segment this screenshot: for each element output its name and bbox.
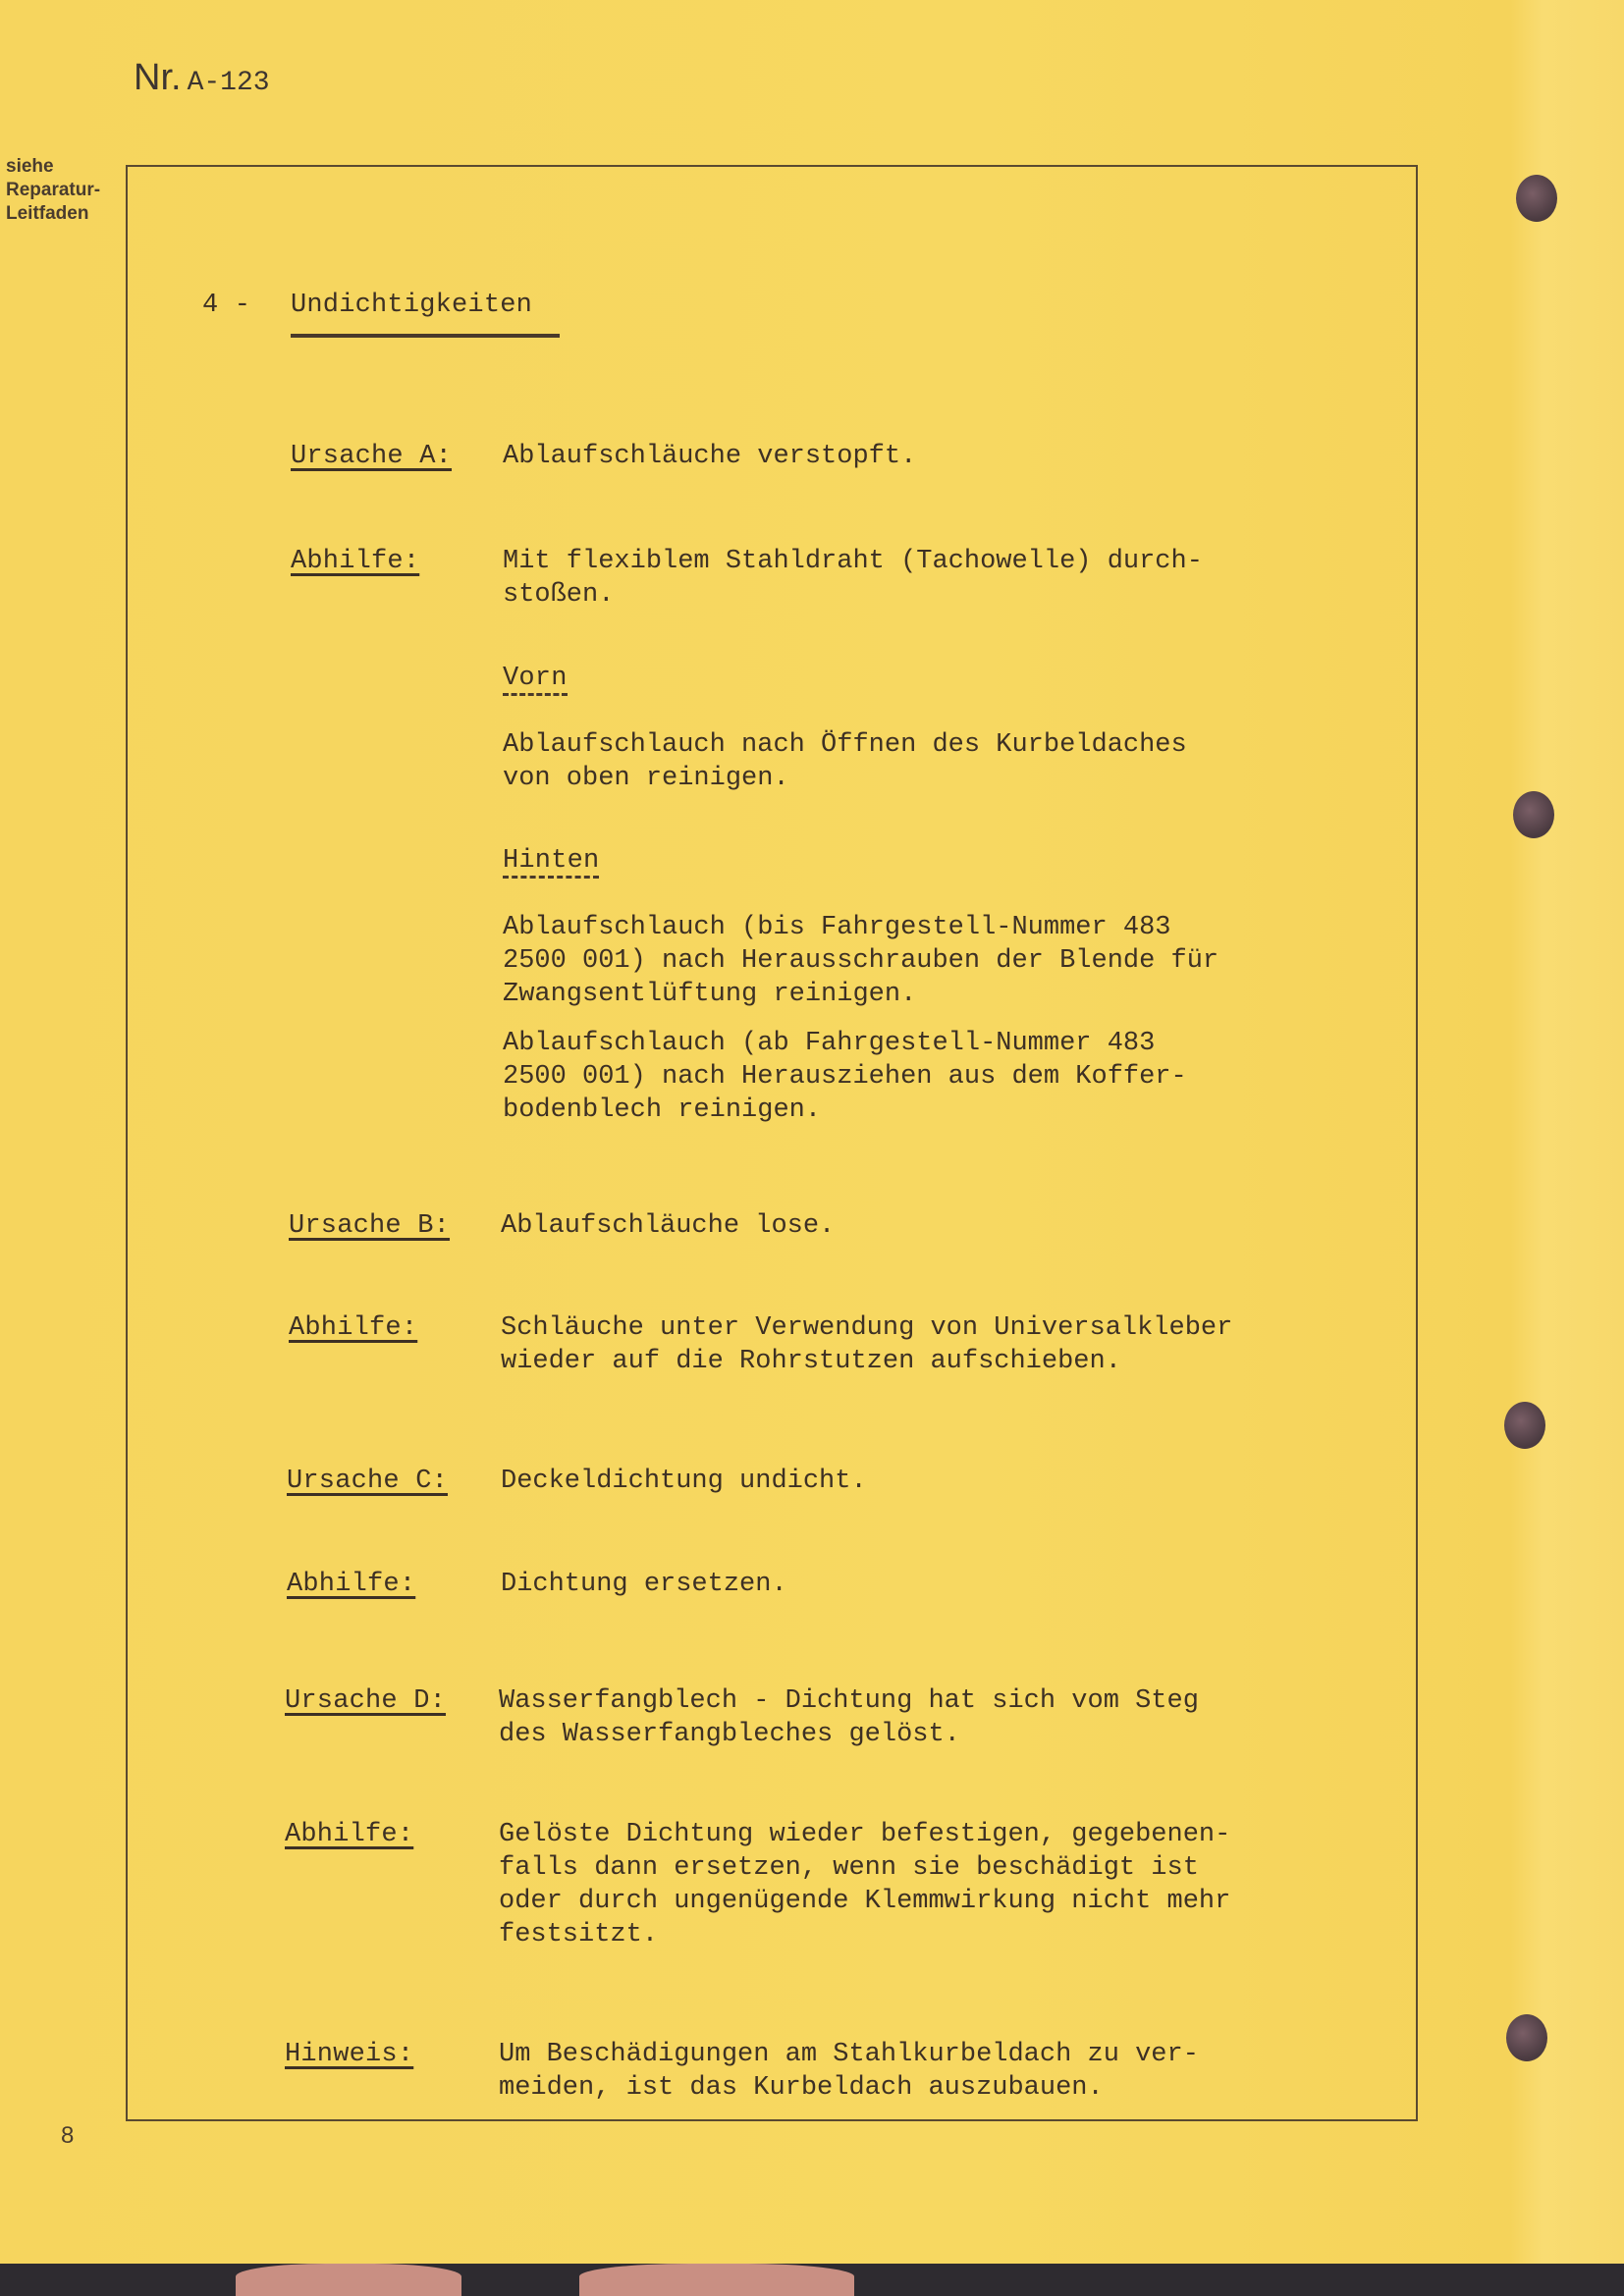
text-line: Zwangsentlüftung reinigen. bbox=[503, 978, 1308, 1011]
text-line: Deckeldichtung undicht. bbox=[501, 1465, 1306, 1498]
entry-text: Deckeldichtung undicht. bbox=[501, 1465, 1306, 1498]
entry-label: Ursache C: bbox=[287, 1465, 448, 1498]
entry-label: Abhilfe: bbox=[287, 1568, 415, 1601]
text-line: oder durch ungenügende Klemmwirkung nich… bbox=[499, 1885, 1304, 1918]
entry-text: Ablaufschläuche lose. bbox=[501, 1209, 1306, 1243]
punch-hole-icon bbox=[1513, 791, 1554, 838]
entry-text: Schläuche unter Verwendung von Universal… bbox=[501, 1311, 1306, 1378]
section-title-underline bbox=[291, 334, 560, 338]
text-line: 2500 001) nach Herausziehen aus dem Koff… bbox=[503, 1060, 1308, 1094]
punch-hole-icon bbox=[1516, 175, 1557, 222]
text-line: Wasserfangblech - Dichtung hat sich vom … bbox=[499, 1684, 1304, 1718]
entry-label: Abhilfe: bbox=[285, 1818, 413, 1851]
finger bbox=[236, 2264, 461, 2296]
entry-label: Abhilfe: bbox=[289, 1311, 417, 1345]
side-note: siehe Reparatur- Leitfaden bbox=[6, 155, 100, 226]
finger bbox=[579, 2264, 854, 2296]
entry-label: Ursache D: bbox=[285, 1684, 446, 1718]
text-line: Ablaufschläuche verstopft. bbox=[503, 440, 1308, 473]
entry-text: Ablaufschlauch nach Öffnen des Kurbeldac… bbox=[503, 728, 1308, 795]
entry-label: Hinweis: bbox=[285, 2038, 413, 2071]
subheading-vorn: Vorn bbox=[503, 662, 568, 696]
entry-text: Dichtung ersetzen. bbox=[501, 1568, 1306, 1601]
punch-hole-icon bbox=[1506, 2014, 1547, 2061]
subheading-hinten: Hinten bbox=[503, 844, 599, 879]
entry-text: Um Beschädigungen am Stahlkurbeldach zu … bbox=[499, 2038, 1304, 2105]
text-line: Ablaufschläuche lose. bbox=[501, 1209, 1306, 1243]
side-note-line: Leitfaden bbox=[6, 202, 100, 226]
entry-text: Ablaufschlauch (bis Fahrgestell-Nummer 4… bbox=[503, 911, 1308, 1011]
text-line: festsitzt. bbox=[499, 1918, 1304, 1951]
page-number: 8 bbox=[61, 2122, 74, 2150]
entry-text: Gelöste Dichtung wieder befestigen, gege… bbox=[499, 1818, 1304, 1951]
document-number: Nr.A-123 bbox=[134, 57, 270, 99]
text-line: Gelöste Dichtung wieder befestigen, gege… bbox=[499, 1818, 1304, 1851]
text-line: bodenblech reinigen. bbox=[503, 1094, 1308, 1127]
text-line: Mit flexiblem Stahldraht (Tachowelle) du… bbox=[503, 545, 1308, 578]
text-line: 2500 001) nach Herausschrauben der Blend… bbox=[503, 944, 1308, 978]
punch-hole-icon bbox=[1504, 1402, 1545, 1449]
side-note-line: siehe bbox=[6, 155, 100, 179]
text-line: Ablaufschlauch (ab Fahrgestell-Nummer 48… bbox=[503, 1027, 1308, 1060]
entry-label: Ursache B: bbox=[289, 1209, 450, 1243]
entry-label: Abhilfe: bbox=[291, 545, 419, 578]
text-line: meiden, ist das Kurbeldach auszubauen. bbox=[499, 2071, 1304, 2105]
text-line: Ablaufschlauch nach Öffnen des Kurbeldac… bbox=[503, 728, 1308, 762]
side-note-line: Reparatur- bbox=[6, 179, 100, 202]
subheading-text: Vorn bbox=[503, 664, 568, 696]
entry-text: Mit flexiblem Stahldraht (Tachowelle) du… bbox=[503, 545, 1308, 612]
entry-text: Ablaufschlauch (ab Fahrgestell-Nummer 48… bbox=[503, 1027, 1308, 1127]
section-number: 4 - bbox=[202, 289, 250, 322]
text-line: Dichtung ersetzen. bbox=[501, 1568, 1306, 1601]
entry-text: Ablaufschläuche verstopft. bbox=[503, 440, 1308, 473]
text-line: von oben reinigen. bbox=[503, 762, 1308, 795]
document-number-value: A-123 bbox=[188, 68, 270, 98]
text-line: stoßen. bbox=[503, 578, 1308, 612]
text-line: Schläuche unter Verwendung von Universal… bbox=[501, 1311, 1306, 1345]
text-line: wieder auf die Rohrstutzen aufschieben. bbox=[501, 1345, 1306, 1378]
text-line: falls dann ersetzen, wenn sie beschädigt… bbox=[499, 1851, 1304, 1885]
document-number-label: Nr. bbox=[134, 57, 182, 98]
section-title: Undichtigkeiten bbox=[291, 289, 532, 322]
entry-text: Wasserfangblech - Dichtung hat sich vom … bbox=[499, 1684, 1304, 1751]
text-line: Ablaufschlauch (bis Fahrgestell-Nummer 4… bbox=[503, 911, 1308, 944]
subheading-text: Hinten bbox=[503, 846, 599, 879]
text-line: Um Beschädigungen am Stahlkurbeldach zu … bbox=[499, 2038, 1304, 2071]
text-line: des Wasserfangbleches gelöst. bbox=[499, 1718, 1304, 1751]
entry-label: Ursache A: bbox=[291, 440, 452, 473]
